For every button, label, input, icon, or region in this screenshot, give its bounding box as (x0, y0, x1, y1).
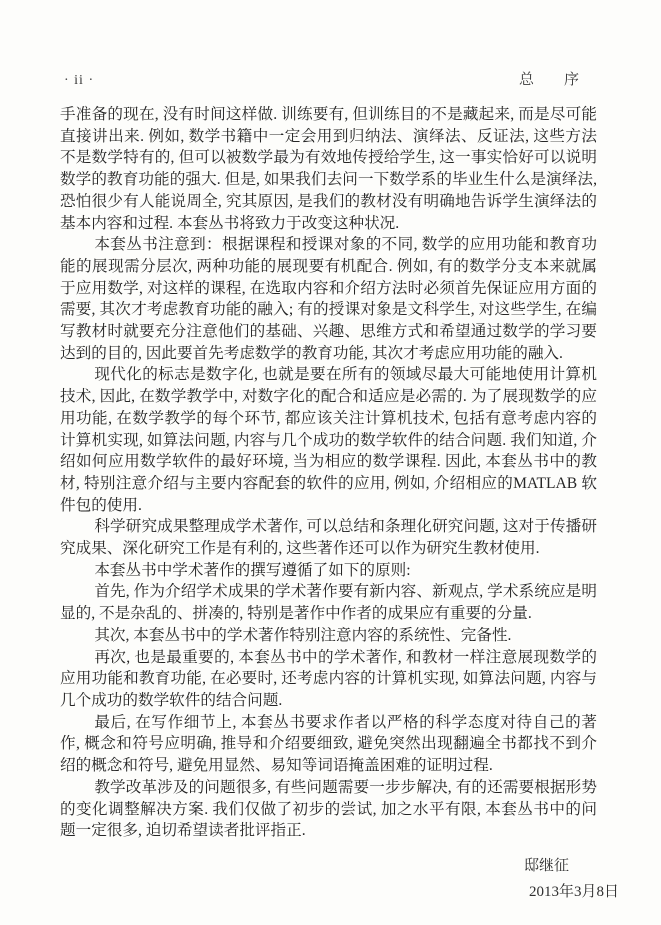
paragraph-6: 首先, 作为介绍学术成果的学术著作要有新内容、新观点, 学术系统应是明显的, 不… (60, 581, 597, 624)
author-signature: 邸继征 (0, 854, 661, 875)
paragraph-5: 本套丛书中学术著作的撰写遵循了如下的原则: (60, 560, 597, 582)
paragraph-8: 再次, 也是最重要的, 本套丛书中的学术著作, 和教材一样注意展现数学的应用功能… (60, 647, 597, 712)
paragraph-2: 本套丛书注意到：根据课程和授课对象的不同, 数学的应用功能和教育功能的展现需分层… (60, 234, 597, 364)
paragraph-4: 科学研究成果整理成学术著作, 可以总结和条理化研究问题, 这对于传播研究成果、深… (60, 516, 597, 559)
paragraph-10: 教学改革涉及的问题很多, 有些问题需要一步步解决, 有的还需要根据形势的变化调整… (60, 777, 597, 842)
paragraph-9: 最后, 在写作细节上, 本套丛书要求作者以严格的科学态度对待自己的著作, 概念和… (60, 712, 597, 777)
page-number: · ii · (64, 73, 94, 89)
paragraph-3: 现代化的标志是数字化, 也就是要在所有的领域尽最大可能地使用计算机技术, 因此,… (60, 364, 597, 516)
signature-block: 邸继征 2013年3月8日 (0, 854, 661, 901)
book-page: · ii · 总 序 手准备的现在, 没有时间这样做. 训练要有, 但训练目的不… (0, 0, 661, 925)
section-title: 总 序 (519, 68, 579, 89)
running-header: · ii · 总 序 (0, 0, 661, 89)
paragraph-7: 其次, 本套丛书中的学术著作特别注意内容的系统性、完备性. (60, 625, 597, 647)
signature-date: 2013年3月8日 (0, 880, 661, 901)
preface-body: 手准备的现在, 没有时间这样做. 训练要有, 但训练目的不是藏起来, 而是尽可能… (0, 89, 661, 842)
paragraph-1: 手准备的现在, 没有时间这样做. 训练要有, 但训练目的不是藏起来, 而是尽可能… (60, 104, 597, 234)
